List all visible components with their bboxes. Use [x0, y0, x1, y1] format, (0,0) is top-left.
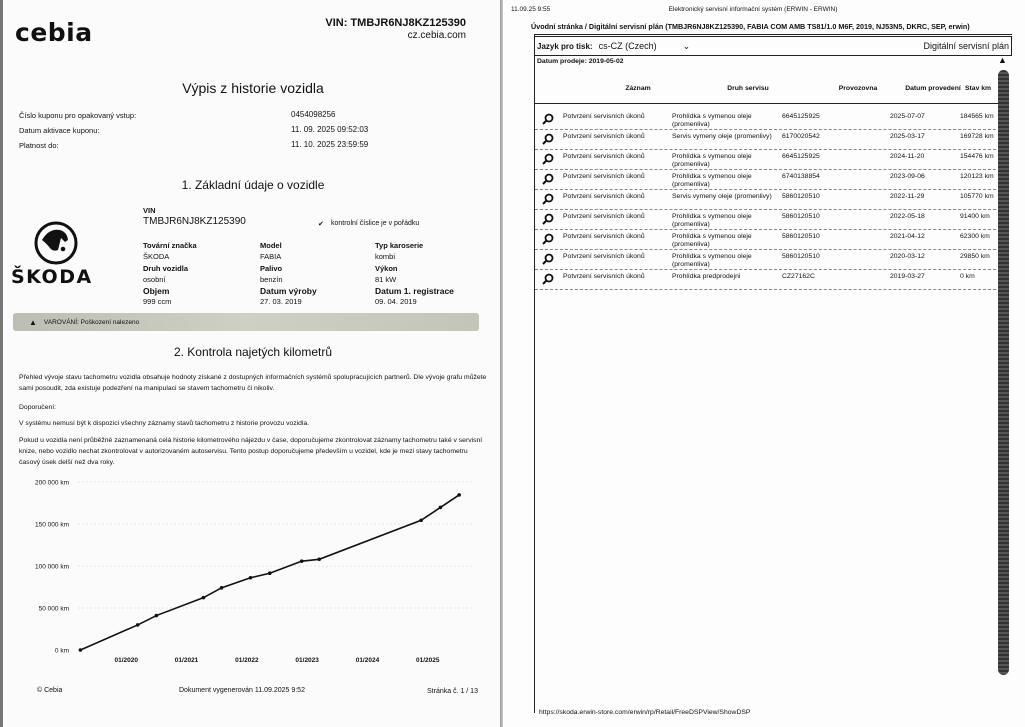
- cell-date: 2023-09-06: [890, 173, 925, 181]
- field-value: osobní: [143, 275, 166, 284]
- cell-service: Prohlídka s vymenou oleje (promenliva): [672, 253, 772, 269]
- magnifier-icon[interactable]: [542, 193, 554, 205]
- field-value: 27. 03. 2019: [260, 297, 302, 306]
- chevron-down-icon[interactable]: ⌄: [683, 41, 691, 52]
- cell-workshop: 6645125925: [782, 153, 820, 161]
- validity-label: Platnost do:: [19, 141, 59, 150]
- cell-workshop: 5860120510: [782, 213, 820, 221]
- validity-value: 11. 10. 2025 23:59:59: [291, 140, 368, 149]
- coupon-value: 0454098256: [291, 110, 336, 119]
- cebia-report-page: cebia VIN: TMBJR6NJ8KZ125390 cz.cebia.co…: [0, 0, 500, 727]
- cell-km: 184565 km: [960, 113, 994, 121]
- svg-text:50 000 km: 50 000 km: [39, 606, 69, 613]
- magnifier-icon[interactable]: [542, 253, 554, 265]
- warning-text: VAROVÁNÍ: Poškození nalezeno: [44, 319, 139, 326]
- system-title: Elektronický servisní informační systém …: [503, 6, 1003, 13]
- activation-value: 11. 09. 2025 09:52:03: [291, 125, 368, 134]
- cell-service: Prohlídka s vymenou oleje (promenliva): [672, 213, 772, 229]
- cell-date: 2022-05-18: [890, 213, 925, 221]
- field-label: Palivo: [260, 264, 282, 273]
- cell-service: Prohlídka predprodejni: [672, 273, 772, 281]
- cell-date: 2019-03-27: [890, 273, 925, 281]
- field-value: FABIA: [260, 252, 281, 261]
- cell-date: 2020-03-12: [890, 253, 925, 261]
- cell-km: 120123 km: [960, 173, 994, 181]
- header-divider: [535, 103, 1001, 104]
- table-row[interactable]: Potvrzení servisních úkonůProhlídka s vy…: [535, 250, 1001, 270]
- vin-check-text: kontrolní číslice je v pořádku: [331, 220, 419, 227]
- section-basic-info-title: 1. Základní údaje o vozidle: [3, 178, 503, 192]
- magnifier-icon[interactable]: [542, 113, 554, 125]
- cell-km: 154476 km: [960, 153, 994, 161]
- skoda-emblem-icon: [33, 220, 79, 266]
- recommendation-text-1: V systému nemusí být k dispozici všechny…: [19, 418, 489, 429]
- cell-date: 2025-07-07: [890, 113, 925, 121]
- recommendation-text-2: Pokud u vozidla není průběžně zaznamenan…: [19, 435, 489, 468]
- cell-service: Prohlídka s vymenou oleje (promenliva): [672, 173, 772, 189]
- table-row[interactable]: Potvrzení servisních úkonůProhlídka s vy…: [535, 110, 1001, 130]
- footer-generated: Dokument vygenerován 11.09.2025 9:52: [179, 687, 305, 694]
- footer-copyright: © Cebia: [37, 687, 62, 694]
- cell-record: Potvrzení servisních úkonů: [563, 133, 645, 141]
- cebia-logo: cebia: [15, 18, 93, 47]
- svg-text:150 000 km: 150 000 km: [35, 522, 69, 529]
- cell-km: 62300 km: [960, 233, 990, 241]
- footer-page-number: Stránka č. 1 / 13: [427, 688, 478, 695]
- magnifier-icon[interactable]: [542, 153, 554, 165]
- table-row[interactable]: Potvrzení servisních úkonůProhlídka pred…: [535, 270, 1001, 290]
- vin-check-icon: ✔: [318, 220, 324, 228]
- cell-date: 2025-03-17: [890, 133, 925, 141]
- cell-service: Prohlídka s vymenou oleje (promenliva): [672, 233, 772, 249]
- erwin-dsp-page: 11.09.25 9:55 Elektronický servisní info…: [503, 0, 1025, 727]
- svg-text:100 000 km: 100 000 km: [35, 564, 69, 571]
- column-header-service: Druh servisu: [693, 85, 803, 92]
- svg-text:01/2020: 01/2020: [114, 657, 138, 664]
- svg-text:01/2022: 01/2022: [235, 657, 259, 664]
- vin-value: TMBJR6NJ8KZ125390: [143, 216, 246, 227]
- table-row[interactable]: Potvrzení servisních úkonůProhlídka s vy…: [535, 150, 1001, 170]
- odometer-chart: 0 km50 000 km100 000 km150 000 km200 000…: [3, 470, 500, 670]
- activation-label: Datum aktivace kuponu:: [19, 126, 99, 135]
- magnifier-icon[interactable]: [542, 173, 554, 185]
- field-label: Druh vozidla: [143, 264, 188, 273]
- odometer-intro: Přehled vývoje stavu tachometru vozidla …: [19, 372, 489, 394]
- cell-date: 2024-11-20: [890, 153, 924, 161]
- svg-text:01/2025: 01/2025: [416, 657, 440, 664]
- field-label: Model: [260, 241, 282, 250]
- field-value: 09. 04. 2019: [375, 297, 417, 306]
- svg-text:01/2024: 01/2024: [356, 657, 380, 664]
- table-row[interactable]: Potvrzení servisních úkonůProhlídka s vy…: [535, 210, 1001, 230]
- field-label: Objem: [143, 286, 169, 296]
- breadcrumb[interactable]: Úvodní stránka / Digitální servisní plán…: [531, 22, 970, 31]
- section-odometer-title: 2. Kontrola najetých kilometrů: [3, 345, 503, 359]
- table-row[interactable]: Potvrzení servisních úkonůServis vymeny …: [535, 130, 1001, 150]
- header-vin: VIN: TMBJR6NJ8KZ125390: [325, 17, 466, 29]
- cell-date: 2021-04-12: [890, 233, 925, 241]
- cell-record: Potvrzení servisních úkonů: [563, 173, 645, 181]
- cell-service: Servis vymeny oleje (promenlivy): [672, 133, 772, 141]
- table-row[interactable]: Potvrzení servisních úkonůProhlídka s vy…: [535, 230, 1001, 250]
- language-bar: Jazyk pro tisk: cs-CZ (Czech) ⌄ Digitáln…: [534, 36, 1012, 56]
- cell-record: Potvrzení servisních úkonů: [563, 273, 645, 281]
- column-header-km: Stav km: [965, 85, 999, 92]
- page-title: Výpis z historie vozidla: [3, 80, 503, 96]
- cell-record: Potvrzení servisních úkonů: [563, 193, 645, 201]
- dsp-title: Digitální servisní plán: [923, 41, 1009, 51]
- vin-label: VIN: [143, 206, 156, 215]
- field-label: Datum 1. registrace: [375, 286, 454, 296]
- magnifier-icon[interactable]: [542, 133, 554, 145]
- svg-text:01/2023: 01/2023: [295, 657, 319, 664]
- skoda-wordmark: ŠKODA: [11, 266, 93, 288]
- cell-service: Prohlídka s vymenou oleje (promenliva): [672, 113, 772, 129]
- cell-km: 105770 km: [960, 193, 994, 201]
- field-value: kombi: [375, 252, 395, 261]
- header-site: cz.cebia.com: [408, 30, 466, 41]
- cell-workshop: CZ27162C: [782, 273, 815, 281]
- vertical-scrollbar[interactable]: [998, 70, 1009, 675]
- svg-text:200 000 km: 200 000 km: [35, 480, 69, 487]
- warning-triangle-icon: ▲: [29, 318, 37, 327]
- cell-record: Potvrzení servisních úkonů: [563, 233, 645, 241]
- cell-workshop: 5860120510: [782, 233, 820, 241]
- cell-service: Prohlídka s vymenou oleje (promenliva): [672, 153, 772, 169]
- magnifier-icon[interactable]: [542, 273, 554, 285]
- cell-record: Potvrzení servisních úkonů: [563, 253, 645, 261]
- cell-km: 91400 km: [960, 213, 990, 221]
- field-value: benzín: [260, 275, 283, 284]
- field-label: Výkon: [375, 264, 398, 273]
- field-value: 999 ccm: [143, 297, 171, 306]
- field-label: Tovární značka: [143, 241, 197, 250]
- cell-workshop: 6740138854: [782, 173, 820, 181]
- language-select[interactable]: cs-CZ (Czech): [599, 41, 657, 51]
- cell-record: Potvrzení servisních úkonů: [563, 153, 645, 161]
- cell-workshop: 5860120510: [782, 193, 820, 201]
- damage-warning-banner: ▲ VAROVÁNÍ: Poškození nalezeno: [13, 313, 479, 331]
- scroll-up-arrow-icon[interactable]: ▲: [998, 55, 1007, 65]
- cell-km: 29850 km: [960, 253, 990, 261]
- cell-workshop: 5860120510: [782, 253, 820, 261]
- cell-workshop: 6645125925: [782, 113, 820, 121]
- field-value: ŠKODA: [143, 252, 169, 261]
- cell-km: 169728 km: [960, 133, 994, 141]
- coupon-label: Číslo kuponu pro opakovaný vstup:: [19, 111, 136, 120]
- field-label: Datum výroby: [260, 286, 317, 296]
- field-value: 81 kW: [375, 275, 396, 284]
- cell-service: Servis vymeny oleje (promenlivy): [672, 193, 772, 201]
- page-url: https://skoda.erwin-store.com/erwin/rp/R…: [539, 709, 750, 716]
- language-label: Jazyk pro tisk:: [537, 42, 593, 51]
- column-header-record: Záznam: [583, 85, 693, 92]
- magnifier-icon[interactable]: [542, 213, 554, 225]
- cell-km: 0 km: [960, 273, 975, 281]
- magnifier-icon[interactable]: [542, 233, 554, 245]
- cell-date: 2022-11-29: [890, 193, 924, 201]
- svg-text:01/2021: 01/2021: [175, 657, 199, 664]
- table-row[interactable]: Potvrzení servisních úkonůProhlídka s vy…: [535, 170, 1001, 190]
- cell-record: Potvrzení servisních úkonů: [563, 113, 645, 121]
- recommendation-label: Doporučení:: [19, 402, 489, 413]
- cell-record: Potvrzení servisních úkonů: [563, 213, 645, 221]
- cell-workshop: 6170020542: [782, 133, 820, 141]
- field-label: Typ karoserie: [375, 241, 423, 250]
- table-row[interactable]: Potvrzení servisních úkonůServis vymeny …: [535, 190, 1001, 210]
- svg-text:0 km: 0 km: [55, 648, 69, 655]
- sale-date: Datum prodeje: 2019-05-02: [537, 58, 624, 65]
